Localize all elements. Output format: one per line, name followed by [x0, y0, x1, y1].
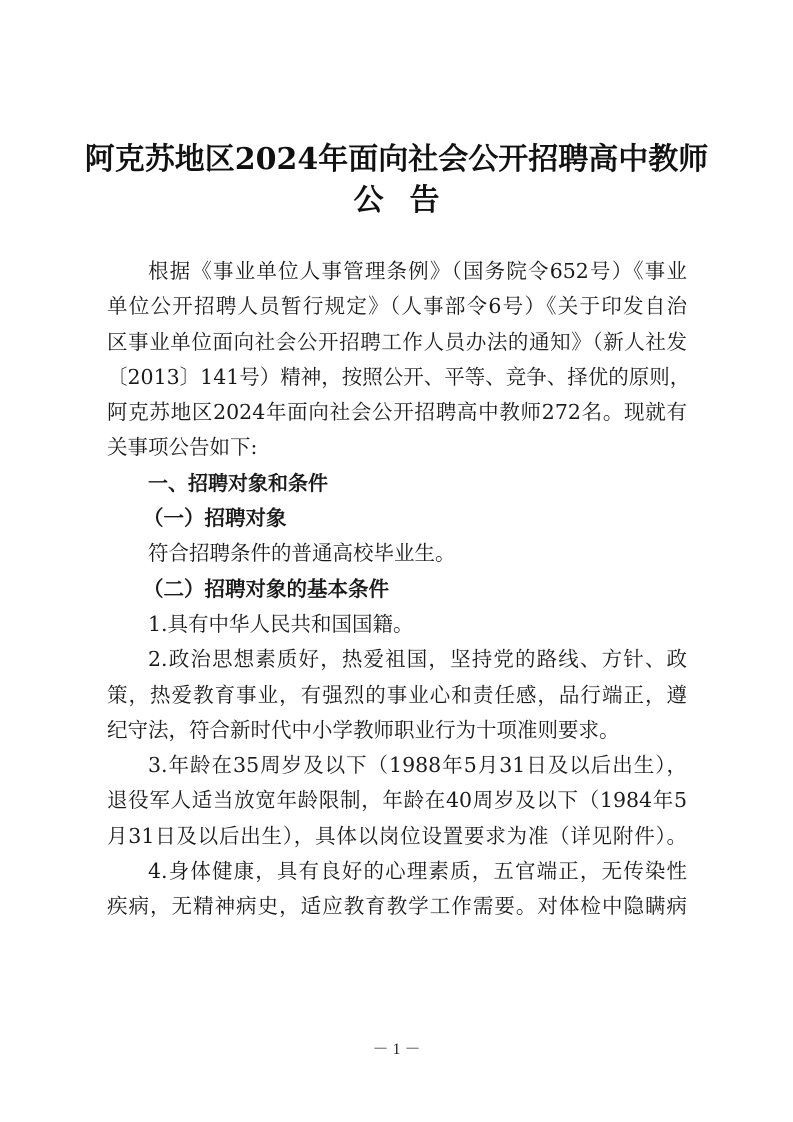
text-line: 4.身体健康，具有良好的心理素质，五官端正，无传染性	[107, 854, 687, 889]
text-line: 阿克苏地区2024年面向社会公开招聘高中教师272名。现就有	[107, 395, 687, 430]
text-line: 策，热爱教育事业，有强烈的事业心和责任感，品行端正，遵	[107, 678, 687, 713]
document-title: 阿克苏地区2024年面向社会公开招聘高中教师	[0, 142, 793, 178]
subsection-heading: （一）招聘对象	[107, 501, 687, 536]
document-page: 阿克苏地区2024年面向社会公开招聘高中教师 公告 根据《事业单位人事管理条例》…	[0, 0, 793, 1122]
document-title-subtitle: 公告	[0, 183, 793, 219]
text-line: 纪守法，符合新时代中小学教师职业行为十项准则要求。	[107, 713, 687, 748]
subsection-heading: （二）招聘对象的基本条件	[107, 572, 687, 607]
text-line: 疾病，无精神病史，适应教育教学工作需要。对体检中隐瞒病	[107, 889, 687, 924]
text-line: 区事业单位面向社会公开招聘工作人员办法的通知》（新人社发	[107, 325, 687, 360]
text-line: 月31日及以后出生），具体以岗位设置要求为准（详见附件）。	[107, 819, 687, 854]
text-line: 关事项公告如下:	[107, 430, 687, 465]
text-line: 根据《事业单位人事管理条例》（国务院令652号）《事业	[107, 254, 687, 289]
section-heading: 一、招聘对象和条件	[107, 466, 687, 501]
document-body: 根据《事业单位人事管理条例》（国务院令652号）《事业 单位公开招聘人员暂行规定…	[107, 254, 687, 925]
text-line: 单位公开招聘人员暂行规定》（人事部令6号）《关于印发自治	[107, 289, 687, 324]
text-line: 符合招聘条件的普通高校毕业生。	[107, 536, 687, 571]
text-line: 1.具有中华人民共和国国籍。	[107, 607, 687, 642]
text-line: 〔2013〕141号）精神，按照公开、平等、竞争、择优的原则，	[107, 360, 687, 395]
text-line: 退役军人适当放宽年龄限制，年龄在40周岁及以下（1984年5	[107, 783, 687, 818]
page-number: － 1 －	[0, 1036, 793, 1059]
text-line: 3.年龄在35周岁及以下（1988年5月31日及以后出生），	[107, 748, 687, 783]
text-line: 2.政治思想素质好，热爱祖国，坚持党的路线、方针、政	[107, 642, 687, 677]
